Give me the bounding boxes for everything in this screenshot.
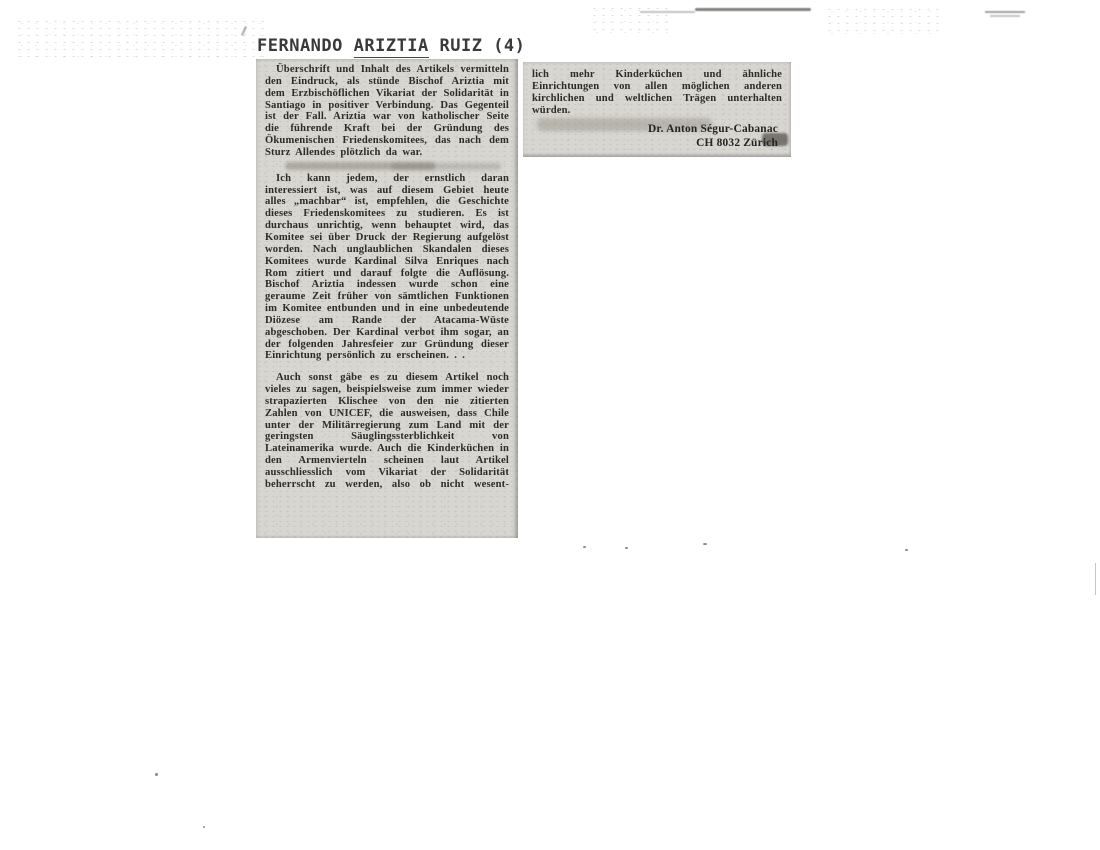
noise-streak-short bbox=[640, 11, 695, 13]
newspaper-clipping-right: lich mehr Kinderküchen und ähnliche Einr… bbox=[523, 62, 791, 157]
scan-line-artifact bbox=[1095, 563, 1096, 595]
article-paragraph: Auch sonst gäbe es zu diesem Artikel noc… bbox=[265, 372, 509, 490]
article-continuation: lich mehr Kinderküchen und ähnliche Einr… bbox=[532, 69, 782, 116]
noise-speckle-top-mid bbox=[590, 5, 670, 35]
paragraph-gap bbox=[265, 362, 509, 372]
noise-dot bbox=[155, 773, 158, 776]
title-suffix: RUIZ (4) bbox=[429, 36, 526, 56]
signature-name: Dr. Anton Ségur-Cabanac bbox=[532, 123, 778, 137]
signature-city: CH 8032 Zürich bbox=[532, 137, 778, 151]
newspaper-clipping-left: Überschrift und Inhalt des Artikels verm… bbox=[256, 59, 518, 538]
noise-streak-right1 bbox=[985, 11, 1025, 13]
noise-speckle-top-right bbox=[825, 6, 940, 36]
noise-dot bbox=[583, 546, 586, 548]
noise-streak-long bbox=[695, 8, 811, 11]
page-title: FERNANDO ARIZTIA RUIZ (4) bbox=[257, 36, 547, 56]
noise-dot bbox=[905, 549, 908, 551]
ink-blob bbox=[762, 133, 788, 146]
noise-speckle-top-left bbox=[15, 18, 265, 58]
ink-smudge bbox=[271, 160, 509, 173]
scanned-page: FERNANDO ARIZTIA RUIZ (4) Überschrift un… bbox=[0, 0, 1100, 850]
noise-dot bbox=[703, 543, 707, 545]
noise-streak-right2 bbox=[990, 15, 1020, 17]
article-paragraph: Überschrift und Inhalt des Artikels verm… bbox=[265, 64, 509, 159]
noise-dot bbox=[625, 547, 628, 549]
title-underlined-name: ARIZTIA bbox=[354, 36, 429, 58]
title-prefix: FERNANDO bbox=[257, 36, 354, 56]
signature-block: Dr. Anton Ségur-Cabanac CH 8032 Zürich bbox=[532, 123, 782, 150]
noise-dot bbox=[203, 826, 205, 828]
article-paragraph: Ich kann jedem, der ernstlich daran inte… bbox=[265, 173, 509, 363]
